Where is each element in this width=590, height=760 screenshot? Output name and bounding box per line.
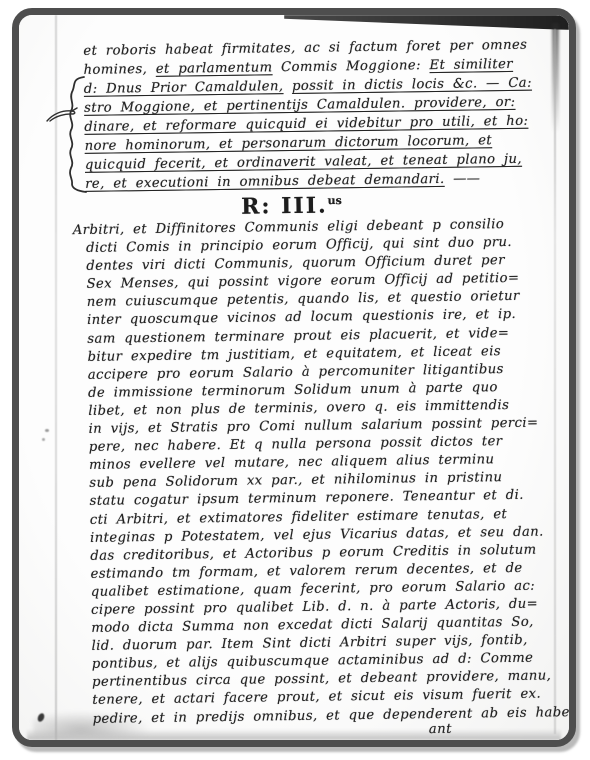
body-paragraph: Arbitri, et Diffinitores Communis eligi … bbox=[86, 215, 561, 728]
text-segment: Commis Moggione: bbox=[272, 58, 429, 75]
manuscript-text: et roboris habeat firmitates, ac si fact… bbox=[14, 11, 574, 744]
underlined-text: d: Dnus Prior Camaldulen, bbox=[84, 79, 284, 97]
underlined-text: possit in dictis locis &c. — Ca: bbox=[292, 76, 532, 94]
scan-border-frame: et roboris habeat firmitates, ac si fact… bbox=[12, 8, 576, 747]
underlined-text: et parlamentum bbox=[156, 60, 273, 77]
text-segment: —— bbox=[444, 171, 480, 186]
text-segment: homines, bbox=[83, 62, 155, 78]
underlined-text: re, et executioni in omnibus debeat dema… bbox=[85, 172, 445, 192]
manuscript-page: et roboris habeat firmitates, ac si fact… bbox=[19, 15, 569, 740]
opening-paragraph: et roboris habeat firmitates, ac si fact… bbox=[83, 35, 550, 193]
underlined-text: Et similiter bbox=[429, 57, 513, 73]
rubric-heading-text: R: III. bbox=[241, 193, 328, 220]
rubric-heading-superscript: us bbox=[328, 194, 342, 207]
catchword: ant bbox=[429, 722, 452, 737]
